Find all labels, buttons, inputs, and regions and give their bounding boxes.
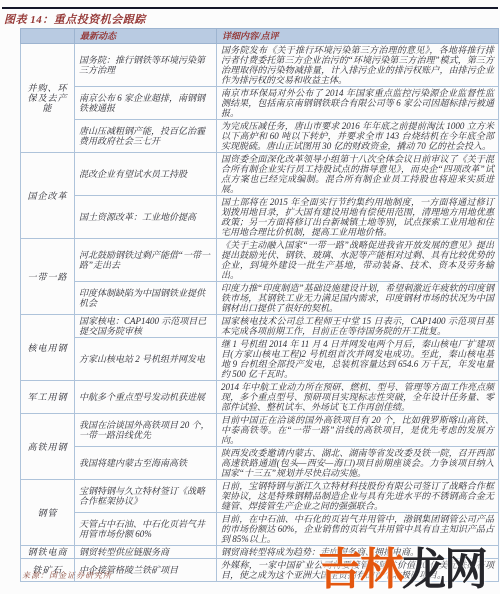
investment-tracking-table-wrap: 最新动态 详细内容/点评 并购、环保及去产能国务院：推行钢铁等环境污染第三方治理… bbox=[20, 28, 498, 582]
detail-comment-cell: 《关于主动融入国家“一带一路”战略促进我省开放发展的意见》提出提出鼓励光伏、钢铁… bbox=[217, 239, 499, 282]
detail-comment-cell: 印度力推“印度制造”基础设施建设计划，希望刺激近年疲软的印度钢铁市场，其钢铁工业… bbox=[217, 282, 499, 315]
report-page: 图表 14：重点投资机会跟踪 最新动态 详细内容/点评 并购、环保及去产能国务院… bbox=[0, 0, 500, 594]
table-row: 高铁用钢我国在洽谈国外高铁项目 20 个，一带一路沿线优先目前中国正在洽谈的国外… bbox=[21, 414, 499, 447]
latest-news-cell: 宝钢特钢与久立特材签订《战略合作框架协议》 bbox=[75, 480, 217, 513]
table-row: 唐山压减粗钢产能，投百亿治霾费用政府社会三七开为完成压减任务，唐山市要求 201… bbox=[21, 120, 499, 153]
latest-news-cell: 国家核电：CAP1400 示范项目已提交国务院审核 bbox=[75, 315, 217, 338]
table-row: 核电用钢国家核电：CAP1400 示范项目已提交国务院审核国家核电技术公司总工程… bbox=[21, 315, 499, 338]
latest-news-cell: 国土资源改革：工业地价提高 bbox=[75, 196, 217, 239]
detail-comment-cell: 国务院发布《关于推行环境污染第三方治理的意见》，各地将推行排污者付费委托第三方企… bbox=[217, 44, 499, 87]
detail-comment-cell: 国家核电技术公司总工程师王中堂 15 日表示，CAP1400 示范项目基本完成各… bbox=[217, 315, 499, 338]
latest-news-cell: 方家山核电站 2 号机组并网发电 bbox=[75, 338, 217, 381]
table-header: 最新动态 详细内容/点评 bbox=[21, 29, 499, 44]
table-row: 南京公布 6 家企业超排，南钢钢铁被通报南京市环保局对外公布了 2014 年国家… bbox=[21, 87, 499, 120]
detail-comment-cell: 钢贸商转型将成为趋势：走向服务商、拥抱电商。 bbox=[217, 546, 499, 559]
figure-title: 图表 14：重点投资机会跟踪 bbox=[4, 11, 146, 27]
latest-news-cell: 我国在洽谈国外高铁项目 20 个，一带一路沿线优先 bbox=[75, 414, 217, 447]
latest-news-cell: 国务院：推行钢铁等环境污染第三方治理 bbox=[75, 44, 217, 87]
source-note: 来源：国金证券研究所 bbox=[22, 570, 112, 581]
investment-tracking-table: 最新动态 详细内容/点评 并购、环保及去产能国务院：推行钢铁等环境污染第三方治理… bbox=[20, 28, 499, 582]
table-header-row: 最新动态 详细内容/点评 bbox=[21, 29, 499, 44]
detail-comment-cell: 南京市环保局对外公布了 2014 年国家重点监控污染源企业监督性监测结果，包括南… bbox=[217, 87, 499, 120]
detail-comment-cell: 继 1 号机组 2014 年 11 月 4 日并网发电两个月后，秦山核电厂扩建项… bbox=[217, 338, 499, 381]
latest-news-cell: 唐山压减粗钢产能，投百亿治霾费用政府社会三七开 bbox=[75, 120, 217, 153]
detail-comment-cell: 为完成压减任务，唐山市要求 2016 年年底之前提前淘汰 1000 立方米以下高… bbox=[217, 120, 499, 153]
category-cell: 并购、环保及去产能 bbox=[21, 44, 75, 153]
category-cell: 国企改革 bbox=[21, 153, 75, 239]
category-cell: 一带一路 bbox=[21, 239, 75, 315]
table-row: 天管占中石油、中石化页岩气井用管市场份额 60%目前，在中石油、中石化的页岩气井… bbox=[21, 513, 499, 546]
category-cell: 钢铁电商 bbox=[21, 546, 75, 559]
table-row: 军工用钢中航多个重点型号发动机获进展2014 年中航工业动力所在预研、燃机、型号… bbox=[21, 381, 499, 414]
detail-comment-cell: 陕西发改委邀请内蒙古、湖北、湖南等省发改委及铁一院，召开西部高速铁路通道(包头—… bbox=[217, 447, 499, 480]
detail-comment-cell: 2014 年中航工业动力所在预研、燃机、型号、管理等方面工作亮点频现，多个重点型… bbox=[217, 381, 499, 414]
header-category bbox=[21, 29, 75, 44]
table-row: 并购、环保及去产能国务院：推行钢铁等环境污染第三方治理国务院发布《关于推行环境污… bbox=[21, 44, 499, 87]
detail-comment-cell: 目前中国正在洽谈的国外高铁项目有 20 个，比如俄罗斯喀山高铁、中泰高铁等。在“… bbox=[217, 414, 499, 447]
latest-news-cell: 我国将建内蒙古至海南高铁 bbox=[75, 447, 217, 480]
latest-news-cell: 南京公布 6 家企业超排，南钢钢铁被通报 bbox=[75, 87, 217, 120]
latest-news-cell: 钢贸转型供应链服务商 bbox=[75, 546, 217, 559]
category-cell: 钢管 bbox=[21, 480, 75, 546]
detail-comment-cell: 日前，宝钢特钢与浙江久立特材科技股份有限公司签订了战略合作框架协议，这是特殊钢精… bbox=[217, 480, 499, 513]
latest-news-cell: 印度体制缺陷为中国钢铁业提供机会 bbox=[75, 282, 217, 315]
detail-comment-cell: 目前，在中石油、中石化的页岩气井用管中，渤钢集团钢管公司产品的市场份额达 60%… bbox=[217, 513, 499, 546]
table-row: 国土资源改革：工业地价提高国土部将在 2015 年全面实行节约集约用地制度，一方… bbox=[21, 196, 499, 239]
detail-comment-cell: 国土部将在 2015 年全面实行节约集约用地制度，一方面将通过修订划拨用地目录，… bbox=[217, 196, 499, 239]
top-divider-line bbox=[2, 7, 498, 9]
category-cell: 核电用钢 bbox=[21, 315, 75, 381]
table-row: 印度体制缺陷为中国钢铁业提供机会印度力推“印度制造”基础设施建设计划，希望刺激近… bbox=[21, 282, 499, 315]
detail-comment-cell: 国资委全面深化改革领导小组第十八次全体会议日前审议了《关于混合所有制企业实行员工… bbox=[217, 153, 499, 196]
table-row: 一带一路河北鼓励钢铁过剩产能借“一带一路”走出去《关于主动融入国家“一带一路”战… bbox=[21, 239, 499, 282]
detail-comment-cell: 外媒称，一家中国矿业公司将要接管格陵兰价值 20 亿美元铁矿石项目，使之成为这个… bbox=[217, 559, 499, 582]
latest-news-cell: 天管占中石油、中石化页岩气井用管市场份额 60% bbox=[75, 513, 217, 546]
table-row: 钢管宝钢特钢与久立特材签订《战略合作框架协议》日前，宝钢特钢与浙江久立特材科技股… bbox=[21, 480, 499, 513]
latest-news-cell: 河北鼓励钢铁过剩产能借“一带一路”走出去 bbox=[75, 239, 217, 282]
table-row: 国企改革混改企业有望试水员工持股国资委全面深化改革领导小组第十八次全体会议日前审… bbox=[21, 153, 499, 196]
latest-news-cell: 中航多个重点型号发动机获进展 bbox=[75, 381, 217, 414]
table-body: 并购、环保及去产能国务院：推行钢铁等环境污染第三方治理国务院发布《关于推行环境污… bbox=[21, 44, 499, 582]
header-detail-comment: 详细内容/点评 bbox=[217, 29, 499, 44]
latest-news-cell: 混改企业有望试水员工持股 bbox=[75, 153, 217, 196]
table-row: 钢铁电商钢贸转型供应链服务商钢贸商转型将成为趋势：走向服务商、拥抱电商。 bbox=[21, 546, 499, 559]
header-latest-news: 最新动态 bbox=[75, 29, 217, 44]
table-row: 方家山核电站 2 号机组并网发电继 1 号机组 2014 年 11 月 4 日并… bbox=[21, 338, 499, 381]
category-cell: 高铁用钢 bbox=[21, 414, 75, 480]
category-cell: 军工用钢 bbox=[21, 381, 75, 414]
table-row: 我国将建内蒙古至海南高铁陕西发改委邀请内蒙古、湖北、湖南等省发改委及铁一院，召开… bbox=[21, 447, 499, 480]
